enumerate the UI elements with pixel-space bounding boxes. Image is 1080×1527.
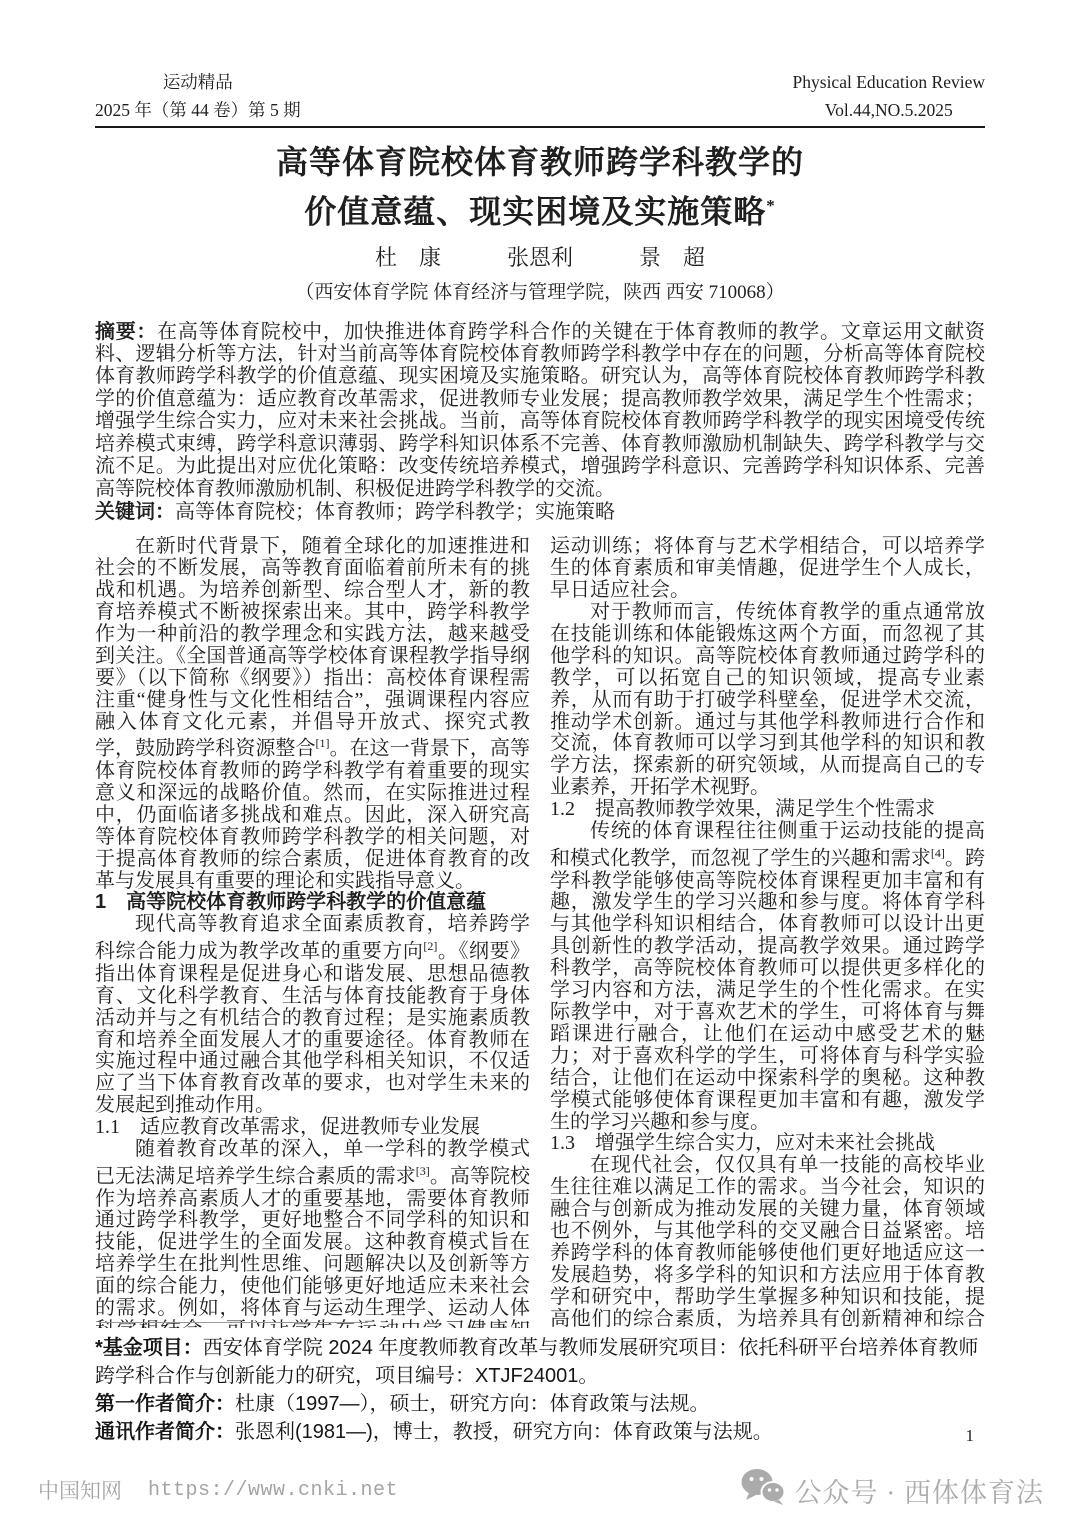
fund-note: *基金项目：西安体育学院 2024 年度教师教育改革与教师发展研究项目：依托科研… bbox=[95, 1334, 985, 1390]
journal-header-right: Physical Education Review Vol.44,NO.5.20… bbox=[793, 68, 985, 124]
article-title: 高等体育院校体育教师跨学科教学的 价值意蕴、现实困境及实施策略* bbox=[95, 140, 985, 234]
article-content: 高等体育院校体育教师跨学科教学的 价值意蕴、现实困境及实施策略* 杜 康 张恩利… bbox=[95, 140, 985, 1328]
journal-header: 运动精品 2025 年（第 44 卷）第 5 期 Physical Educat… bbox=[95, 68, 985, 124]
corresponding-author-note: 通讯作者简介：张恩利(1981—)，博士，教授，研究方向：体育政策与法规。 bbox=[95, 1418, 985, 1446]
footer-wechat: 公众号 · 西体体育法 bbox=[740, 1468, 1045, 1513]
abstract: 摘要：在高等体育院校中，加快推进体育跨学科合作的关键在于体育教师的教学。文章运用… bbox=[95, 321, 985, 500]
authors: 杜 康 张恩利 景 超 bbox=[95, 241, 985, 272]
journal-title-en: Physical Education Review bbox=[793, 68, 985, 96]
teacher-benefit-paragraph: 对于教师而言，传统体育教学的重点通常放在技能训练和体能锻炼这两个方面，而忽视了其… bbox=[550, 602, 985, 799]
section-1-1-paragraph: 随着教育改革的深入，单一学科的教学模式已无法满足培养学生综合素质的需求[3]。高… bbox=[95, 1139, 530, 1328]
footnote-divider bbox=[100, 1322, 368, 1323]
first-author-text: 杜康（1997—），硕士，研究方向：体育政策与法规。 bbox=[235, 1393, 710, 1415]
section-1-heading: 1 高等院校体育教师跨学科教学的价值意蕴 bbox=[95, 892, 530, 914]
keywords-text: 高等体育院校；体育教师；跨学科教学；实施策略 bbox=[175, 501, 615, 523]
intro-paragraph: 在新时代背景下，随着全球化的加速推进和社会的不断发展，高等教育面临着前所未有的挑… bbox=[95, 536, 530, 892]
keywords-label: 关键词： bbox=[95, 501, 175, 523]
section-1-2-paragraph: 传统的体育课程往往侧重于运动技能的提高和模式化教学，而忽视了学生的兴趣和需求[4… bbox=[550, 821, 985, 1133]
corresponding-author-label: 通讯作者简介： bbox=[95, 1421, 235, 1443]
wechat-label: 公众号 · 西体体育法 bbox=[795, 1471, 1045, 1510]
cnki-label: 中国知网 bbox=[38, 1475, 122, 1505]
footnote-block: *基金项目：西安体育学院 2024 年度教师教育改革与教师发展研究项目：依托科研… bbox=[95, 1334, 985, 1446]
journal-issue-cn: 2025 年（第 44 卷）第 5 期 bbox=[95, 96, 301, 124]
article-title-line1: 高等体育院校体育教师跨学科教学的 bbox=[95, 140, 985, 184]
cnki-url: https://www.cnki.net bbox=[148, 1479, 398, 1502]
fund-text: 西安体育学院 2024 年度教师教育改革与教师发展研究项目：依托科研平台培养体育… bbox=[95, 1337, 978, 1387]
article-title-line2: 价值意蕴、现实困境及实施策略* bbox=[95, 184, 985, 234]
page-footer: 中国知网 https://www.cnki.net 公众号 · 西体体育法 bbox=[0, 1462, 1080, 1518]
first-author-note: 第一作者简介：杜康（1997—），硕士，研究方向：体育政策与法规。 bbox=[95, 1390, 985, 1418]
continuation-paragraph: 运动训练；将体育与艺术学相结合，可以培养学生的体育素质和审美情趣，促进学生个人成… bbox=[550, 536, 985, 602]
abstract-label: 摘要： bbox=[95, 321, 157, 343]
section-1-3-heading: 1.3 增强学生综合实力，应对未来社会挑战 bbox=[550, 1133, 985, 1155]
page-number: 1 bbox=[966, 1426, 975, 1446]
first-author-label: 第一作者简介： bbox=[95, 1393, 235, 1415]
two-column-body: 在新时代背景下，随着全球化的加速推进和社会的不断发展，高等教育面临着前所未有的挑… bbox=[95, 536, 985, 1328]
journal-title-cn: 运动精品 bbox=[95, 68, 301, 96]
section-1-paragraph: 现代高等教育追求全面素质教育，培养跨学科综合能力成为教学改革的重要方向[2]。《… bbox=[95, 914, 530, 1117]
article-title-line2-text: 价值意蕴、现实困境及实施策略 bbox=[304, 194, 766, 230]
journal-issue-en: Vol.44,NO.5.2025 bbox=[793, 96, 985, 124]
section-1-3-paragraph: 在现代社会，仅仅具有单一技能的高校毕业生往往难以满足工作的需求。当今社会，知识的… bbox=[550, 1155, 985, 1328]
footer-cnki: 中国知网 https://www.cnki.net bbox=[38, 1475, 398, 1505]
title-footnote-star: * bbox=[766, 196, 776, 215]
fund-label: *基金项目： bbox=[95, 1337, 203, 1359]
section-1-1-heading: 1.1 适应教育改革需求，促进教师专业发展 bbox=[95, 1117, 530, 1139]
header-divider bbox=[95, 126, 985, 128]
corresponding-author-text: 张恩利(1981—)，博士，教授，研究方向：体育政策与法规。 bbox=[235, 1421, 773, 1443]
section-1-2-heading: 1.2 提高教师教学效果，满足学生个性需求 bbox=[550, 799, 985, 821]
affiliation: （西安体育学院 体育经济与管理学院，陕西 西安 710068） bbox=[95, 277, 985, 304]
keywords-line: 关键词：高等体育院校；体育教师；跨学科教学；实施策略 bbox=[95, 501, 985, 523]
paper-page: 运动精品 2025 年（第 44 卷）第 5 期 Physical Educat… bbox=[0, 0, 1080, 1527]
journal-header-left: 运动精品 2025 年（第 44 卷）第 5 期 bbox=[95, 68, 301, 124]
wechat-icon bbox=[740, 1468, 786, 1513]
abstract-text: 在高等体育院校中，加快推进体育跨学科合作的关键在于体育教师的教学。文章运用文献资… bbox=[95, 321, 985, 500]
right-column: 运动训练；将体育与艺术学相结合，可以培养学生的体育素质和审美情趣，促进学生个人成… bbox=[550, 536, 985, 1328]
left-column: 在新时代背景下，随着全球化的加速推进和社会的不断发展，高等教育面临着前所未有的挑… bbox=[95, 536, 530, 1328]
